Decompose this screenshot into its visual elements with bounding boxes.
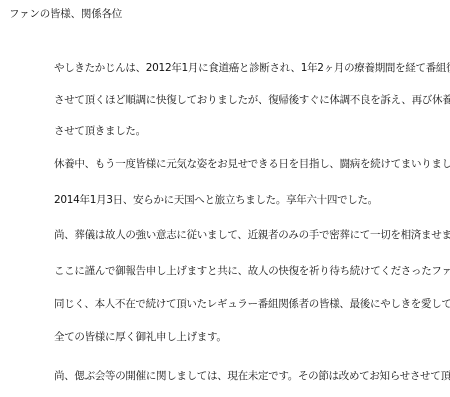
- body-line: 尚、葬儀は故人の強い意志に従いまして、近親者のみの手で密葬にて一切を相済ませまし…: [54, 228, 450, 242]
- salutation: ファンの皆様、関係各位: [9, 7, 122, 21]
- body-line: させて頂きました。: [54, 124, 146, 138]
- body-line: 全ての皆様に厚く御礼申し上げます。: [54, 330, 227, 344]
- body-line: やしきたかじんは、2012年1月に食道癌と診断され、1年2ヶ月の療養期間を経て番…: [54, 61, 450, 75]
- body-line: 休養中、もう一度皆様に元気な姿をお見せできる日を目指し、闘病を続けてまいりました…: [54, 157, 450, 171]
- body-line: 尚、偲ぶ会等の開催に関しましては、現在未定です。その節は改めてお知らせさせて頂き…: [54, 369, 450, 383]
- body-line: ここに謹んで御報告申し上げますと共に、故人の快復を祈り待ち続けてくださったファン…: [54, 264, 450, 278]
- body-line: 同じく、本人不在で続けて頂いたレギュラー番組関係者の皆様、最後にやしきを愛して頂…: [54, 297, 450, 311]
- body-line: させて頂くほど順調に快復しておりましたが、復帰後すぐに体調不良を訴え、再び休養: [54, 93, 450, 107]
- body-line: 2014年1月3日、安らかに天国へと旅立ちました。享年六十四でした。: [54, 193, 378, 207]
